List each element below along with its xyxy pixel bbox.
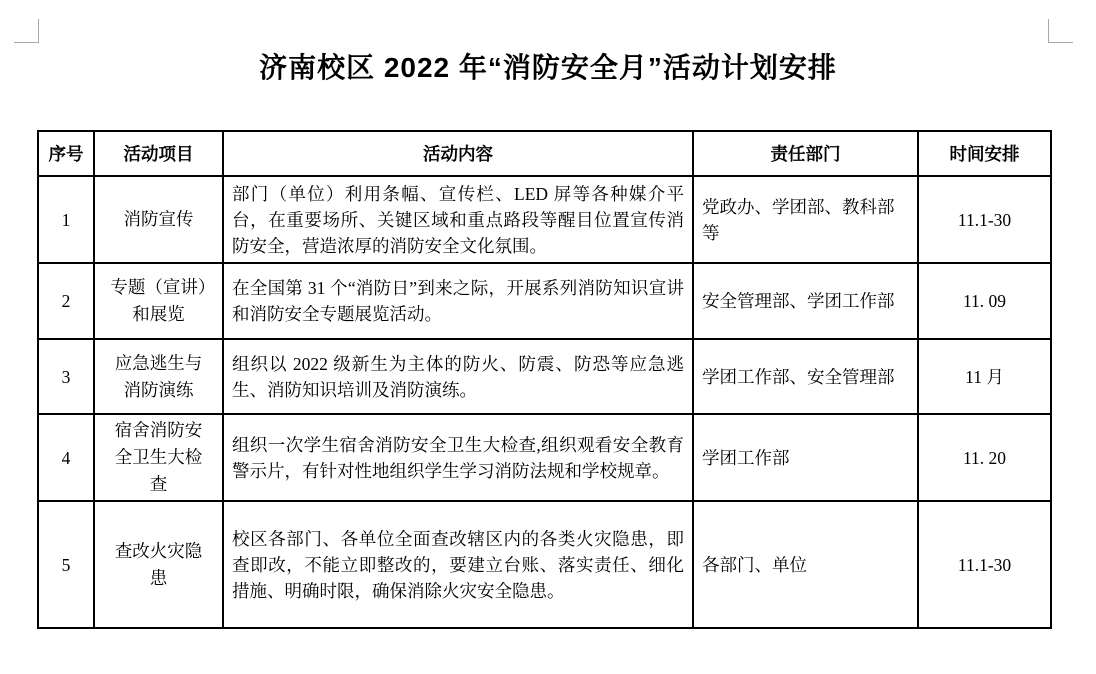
cell-no: 2 [38,263,94,339]
cell-time: 11.1-30 [918,501,1051,628]
margin-corner-mark-top-left [14,19,39,43]
cell-project: 应急逃生与消防演练 [94,339,223,414]
cell-time: 11. 20 [918,414,1051,501]
cell-no: 3 [38,339,94,414]
cell-project: 查改火灾隐患 [94,501,223,628]
table-row: 5查改火灾隐患校区各部门、各单位全面查改辖区内的各类火灾隐患，即查即改，不能立即… [38,501,1051,628]
table-header-row: 序号活动项目活动内容责任部门时间安排 [38,131,1051,176]
cell-project: 专题（宣讲）和展览 [94,263,223,339]
cell-department: 党政办、学团部、教科部等 [693,176,918,263]
cell-project: 宿舍消防安全卫生大检查 [94,414,223,501]
column-header-no: 序号 [38,131,94,176]
cell-time: 11 月 [918,339,1051,414]
cell-department: 各部门、单位 [693,501,918,628]
table-row: 2专题（宣讲）和展览在全国第 31 个“消防日”到来之际，开展系列消防知识宣讲和… [38,263,1051,339]
cell-time: 11. 09 [918,263,1051,339]
cell-no: 5 [38,501,94,628]
cell-department: 安全管理部、学团工作部 [693,263,918,339]
table-head: 序号活动项目活动内容责任部门时间安排 [38,131,1051,176]
cell-content: 部门（单位）利用条幅、宣传栏、LED 屏等各种媒介平台，在重要场所、关键区域和重… [223,176,693,263]
table-row: 3应急逃生与消防演练组织以 2022 级新生为主体的防火、防震、防恐等应急逃生、… [38,339,1051,414]
cell-project: 消防宣传 [94,176,223,263]
activity-plan-table: 序号活动项目活动内容责任部门时间安排 1消防宣传部门（单位）利用条幅、宣传栏、L… [37,130,1052,629]
cell-content: 组织以 2022 级新生为主体的防火、防震、防恐等应急逃生、消防知识培训及消防演… [223,339,693,414]
table-body: 1消防宣传部门（单位）利用条幅、宣传栏、LED 屏等各种媒介平台，在重要场所、关… [38,176,1051,628]
column-header-time: 时间安排 [918,131,1051,176]
cell-content: 在全国第 31 个“消防日”到来之际，开展系列消防知识宣讲和消防安全专题展览活动… [223,263,693,339]
document-page: 济南校区 2022 年“消防安全月”活动计划安排 序号活动项目活动内容责任部门时… [0,0,1096,674]
table-row: 1消防宣传部门（单位）利用条幅、宣传栏、LED 屏等各种媒介平台，在重要场所、关… [38,176,1051,263]
margin-corner-mark-top-right [1048,19,1073,43]
cell-content: 校区各部门、各单位全面查改辖区内的各类火灾隐患，即查即改，不能立即整改的，要建立… [223,501,693,628]
column-header-department: 责任部门 [693,131,918,176]
cell-no: 4 [38,414,94,501]
table-row: 4宿舍消防安全卫生大检查组织一次学生宿舍消防安全卫生大检查,组织观看安全教育警示… [38,414,1051,501]
cell-no: 1 [38,176,94,263]
column-header-content: 活动内容 [223,131,693,176]
document-title: 济南校区 2022 年“消防安全月”活动计划安排 [0,46,1096,86]
cell-department: 学团工作部 [693,414,918,501]
cell-content: 组织一次学生宿舍消防安全卫生大检查,组织观看安全教育警示片，有针对性地组织学生学… [223,414,693,501]
cell-department: 学团工作部、安全管理部 [693,339,918,414]
cell-time: 11.1-30 [918,176,1051,263]
column-header-project: 活动项目 [94,131,223,176]
